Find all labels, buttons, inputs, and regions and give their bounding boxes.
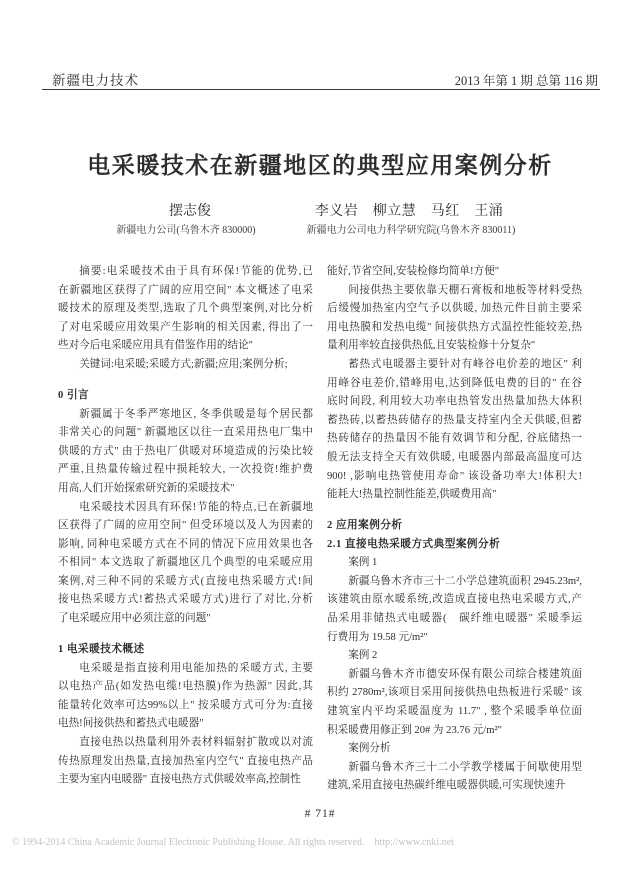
affiliation-right: 新疆电力公司电力科学研究院(乌鲁木齐 830011) (293, 221, 529, 236)
text-line: 电热!间接供热和蓄热式电暖器" (58, 715, 313, 734)
text-line: 热砖储存的热量因不能有效调节和分配, 谷底储热一 (327, 430, 582, 449)
journal-header: 新疆电力技术 2013 年第 1 期 总第 116 期 (52, 69, 598, 89)
text-line: 供暖的方式" 由于热电厂供暖对环境造成的污染比较 (58, 443, 313, 462)
text-line: 接电热采暖方式!蓄热式采暖方式)进行了对比,分析 (58, 591, 313, 610)
text-line: 主要为室内电暖器" 直接电热方式供暖效率高,控制性 (58, 771, 313, 790)
text-line: 能耗大!热量控制性能差,供暖费用高" (327, 486, 582, 505)
text-line: 能好,节省空间,安装检修均简单!方便" (327, 263, 582, 282)
text-line: 区获得了广阔的应用空间" 但受环境以及人为因素的 (58, 517, 313, 536)
text-line: 蓄热砖,以蓄热砖储存的热量支持室内全天供暖,但蓄 (327, 412, 582, 431)
text-line: 摘要:电采暖技术由于具有环保!节能的优势,已 (58, 263, 313, 282)
text-line: 些对今后电采暖应用具有借鉴作用的结论" (58, 337, 313, 356)
text-line: 后缓慢加热室内空气予以供暖, 加热元件目前主要采 (327, 300, 582, 319)
text-line: 量利用率较直接供热低,且安装检修十分复杂" (327, 337, 582, 356)
text-line: 在新疆地区获得了广阔的应用空间" 本文概述了电采 (58, 282, 313, 301)
section-heading: 1 电采暖技术概述 (58, 641, 313, 660)
text-line: 建筑室内平均采暖温度为 11.7" , 整个采暖季单位面 (327, 703, 582, 722)
text-line: 直接电热以热量利用外表材料辐射扩散或以对流 (58, 734, 313, 753)
right-column: 能好,节省空间,安装检修均简单!方便"间接供热主要依靠天棚石膏板和地板等材料受热… (327, 263, 582, 796)
text-line: 电采暖是指直接利用电能加热的采暖方式, 主要 (58, 660, 313, 679)
blank-line (327, 505, 582, 517)
text-line: 蓄热式电暖器主要针对有峰谷电价差的地区" 利 (327, 356, 582, 375)
text-line: 案例,对三种不同的采暖方式(直接电热采暖方式!间 (58, 573, 313, 592)
page-number: # 71# (0, 808, 640, 820)
text-line: 底时间段, 利用较大功率电热管发出热量加热大体积 (327, 393, 582, 412)
text-line: 新疆乌鲁木齐市德安环保有限公司综合楼建筑面 (327, 666, 582, 685)
author-primary: 摆志俊 (80, 200, 300, 220)
text-line: 案例 1 (327, 554, 582, 573)
text-line: 电采暖技术因具有环保!节能的特点,已在新疆地 (58, 499, 313, 518)
text-line: 以电热产品(如发热电缆!电热膜)作为热源" 因此,其 (58, 678, 313, 697)
text-line: 案例 2 (327, 647, 582, 666)
text-line: 影响, 同种电采暖方式在不同的情况下应用效果也各 (58, 536, 313, 555)
text-line: 新疆属于冬季严寒地区, 冬季供暖是每个居民都 (58, 406, 313, 425)
text-line: 不相同" 本文选取了新疆地区几个典型的电采暖应用 (58, 554, 313, 573)
text-line: 暖技术的原理及类型,选取了几个典型案例,对比分析 (58, 300, 313, 319)
section-heading: 2 应用案例分析 (327, 517, 582, 536)
text-line: 该建筑由原水暖系统,改造成直接电热电采暖方式,产 (327, 591, 582, 610)
section-heading: 0 引言 (58, 387, 313, 406)
left-column: 摘要:电采暖技术由于具有环保!节能的优势,已在新疆地区获得了广阔的应用空间" 本… (58, 263, 313, 790)
text-line: 新疆乌鲁木齐市三十二小学总建筑面积 2945.23m², (327, 573, 582, 592)
blank-line (58, 629, 313, 641)
section-heading: 2.1 直接电热采暖方式典型案例分析 (327, 536, 582, 555)
text-line: 了电采暖应用中必须注意的问题" (58, 610, 313, 629)
text-line: 品采用非储热式电暖器( 碳纤维电暖器" 采暖季运 (327, 610, 582, 629)
blank-line (58, 375, 313, 387)
authors-row: 摆志俊 李义岩 柳立慧 马红 王涌 (0, 200, 640, 218)
text-line: 积约 2780m²,该项目采用间接供热电热板进行采暖" 该 (327, 684, 582, 703)
authors-secondary: 李义岩 柳立慧 马红 王涌 (294, 200, 524, 220)
affiliation-left: 新疆电力公司(乌鲁木齐 830000) (76, 221, 296, 236)
affiliations-row: 新疆电力公司(乌鲁木齐 830000) 新疆电力公司电力科学研究院(乌鲁木齐 8… (0, 221, 640, 235)
text-line: 900! ,影响电热管使用寿命" 该设备功率大!体积大! (327, 468, 582, 487)
text-line: 传热原理发出热量,直接加热室内空气" 直接电热产品 (58, 753, 313, 772)
article-title: 电采暖技术在新疆地区的典型应用案例分析 (0, 147, 640, 180)
journal-name: 新疆电力技术 (52, 69, 139, 89)
text-line: 般无法支持全天有效供暖, 电暖器内部最高温度可达 (327, 449, 582, 468)
text-line: 用高,人们开始探索研究新的采暖技术" (58, 480, 313, 499)
text-line: 关键词:电采暖;采暖方式;新疆;应用;案例分析; (58, 356, 313, 375)
text-line: 积采暖费用修正到 20# 为 23.76 元/m²" (327, 722, 582, 741)
text-line: 能量转化效率可达99%以上" 按采暖方式可分为:直接 (58, 697, 313, 716)
text-line: 案例分析 (327, 740, 582, 759)
text-line: 非常关心的问题" 新疆地区以往一直采用热电厂集中 (58, 424, 313, 443)
journal-page: 新疆电力技术 2013 年第 1 期 总第 116 期 电采暖技术在新疆地区的典… (0, 0, 640, 869)
text-line: 了对电采暖应用效果产生影响的相关因素, 得出了一 (58, 319, 313, 338)
text-line: 严重,且热量传输过程中损耗较大, 一次投资!维护费 (58, 461, 313, 480)
copyright-notice: © 1994-2014 China Academic Journal Elect… (12, 837, 628, 848)
text-line: 用峰谷电差价,错峰用电,达到降低电费的目的" 在谷 (327, 375, 582, 394)
text-line: 间接供热主要依靠天棚石膏板和地板等材料受热 (327, 282, 582, 301)
header-divider (42, 89, 600, 90)
text-line: 建筑,采用直接电热碳纤维电暖器供暖,可实现快速升 (327, 777, 582, 796)
text-line: 用电热膜和发热电缆" 间接供热方式温控性能较差,热 (327, 319, 582, 338)
text-line: 新疆乌鲁木齐三十二小学教学楼属于间歇使用型 (327, 759, 582, 778)
text-line: 行费用为 19.58 元/m²" (327, 629, 582, 648)
journal-issue: 2013 年第 1 期 总第 116 期 (455, 71, 598, 89)
